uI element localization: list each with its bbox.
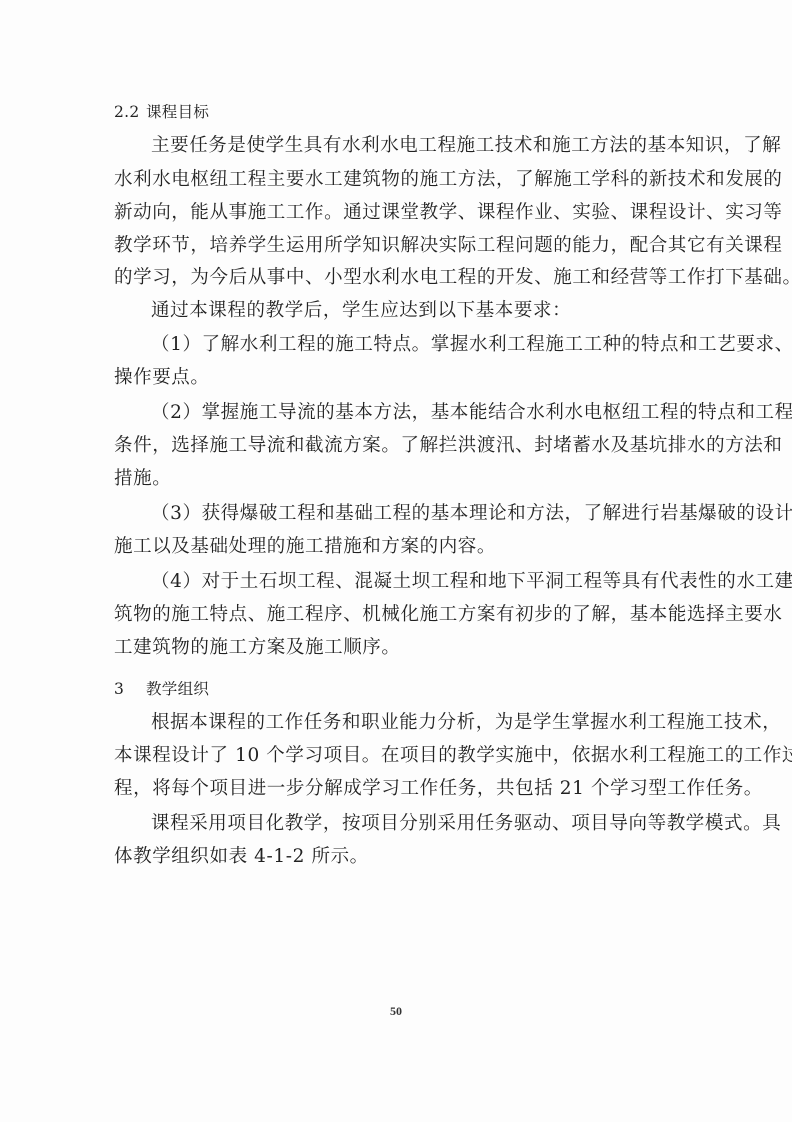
list-item-4-line: 筑物的施工特点、施工程序、机械化施工方案有初步的了解，基本能选择主要水 — [114, 604, 783, 626]
section-title: 课程目标 — [146, 103, 209, 121]
section-heading-3: 3教学组织 — [114, 678, 209, 700]
list-item-3-line: 施工以及基础处理的施工措施和方案的内容。 — [114, 536, 496, 558]
list-item-1-line: （1）了解水利工程的施工特点。掌握水利工程施工工种的特点和工艺要求、 — [151, 334, 792, 356]
paragraph-line: 主要任务是使学生具有水利水电工程施工技术和施工方法的基本知识，了解 — [151, 135, 781, 157]
list-item-2-line: 条件，选择施工导流和截流方案。了解拦洪渡汛、封堵蓄水及基坑排水的方法和 — [114, 435, 783, 457]
paragraph-line: 的学习，为今后从事中、小型水利水电工程的开发、施工和经营等工作打下基础。 — [114, 267, 792, 289]
paragraph-line: 通过本课程的教学后，学生应达到以下基本要求： — [151, 300, 571, 322]
paragraph-line: 程，将每个项目进一步分解成学习工作任务，共包括 21 个学习型工作任务。 — [114, 778, 763, 800]
list-item-4-line: （4）对于土石坝工程、混凝土坝工程和地下平洞工程等具有代表性的水工建 — [151, 571, 792, 593]
section-number: 2.2 — [114, 101, 146, 123]
paragraph-line: 课程采用项目化教学，按项目分别采用任务驱动、项目导向等教学模式。具 — [151, 813, 781, 835]
paragraph-line: 新动向，能从事施工工作。通过课堂教学、课程作业、实验、课程设计、实习等 — [114, 202, 783, 224]
page-number: 50 — [0, 1004, 792, 1019]
list-item-4-line: 工建筑物的施工方案及施工顺序。 — [114, 637, 401, 659]
list-item-1-line: 操作要点。 — [114, 367, 210, 389]
paragraph-line: 教学环节，培养学生运用所学知识解决实际工程问题的能力，配合其它有关课程 — [114, 235, 783, 257]
paragraph-line: 根据本课程的工作任务和职业能力分析，为是学生掌握水利工程施工技术， — [151, 712, 781, 734]
list-item-2-line: 措施。 — [114, 468, 171, 490]
section-title: 教学组织 — [146, 680, 209, 698]
section-number: 3 — [114, 678, 146, 700]
section-heading-2-2: 2.2课程目标 — [114, 101, 209, 123]
document-page: 2.2课程目标 主要任务是使学生具有水利水电工程施工技术和施工方法的基本知识，了… — [0, 0, 792, 1122]
list-item-3-line: （3）获得爆破工程和基础工程的基本理论和方法，了解进行岩基爆破的设计、 — [151, 503, 792, 525]
paragraph-line: 本课程设计了 10 个学习项目。在项目的教学实施中，依据水利工程施工的工作过 — [114, 745, 792, 767]
list-item-2-line: （2）掌握施工导流的基本方法，基本能结合水利水电枢纽工程的特点和工程 — [151, 402, 792, 424]
paragraph-line: 水利水电枢纽工程主要水工建筑物的施工方法，了解施工学科的新技术和发展的 — [114, 169, 783, 191]
paragraph-line: 体教学组织如表 4-1-2 所示。 — [114, 846, 369, 868]
